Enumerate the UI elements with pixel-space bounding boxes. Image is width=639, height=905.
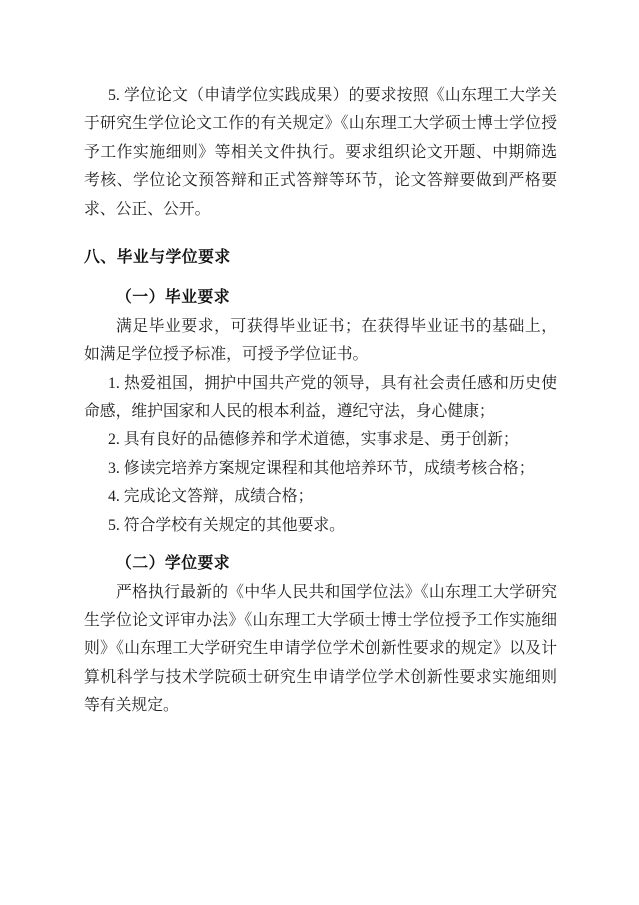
para-thesis-requirement: 5. 学位论文（申请学位实践成果）的要求按照《山东理工大学关于研究生学位论文工作… — [84, 82, 557, 224]
graduation-requirement-item-1: 1. 热爱祖国，拥护中国共产党的领导，具有社会责任感和历史使命感，维护国家和人民… — [84, 370, 557, 427]
heading-graduation-and-degree-requirements: 八、毕业与学位要求 — [84, 244, 557, 272]
graduation-requirement-item-3: 3. 修读完培养方案规定课程和其他培养环节，成绩考核合格； — [84, 455, 557, 483]
graduation-requirement-item-5: 5. 符合学校有关规定的其他要求。 — [84, 512, 557, 540]
para-degree-regulations: 严格执行最新的《中华人民共和国学位法》《山东理工大学研究生学位论文评审办法》《山… — [84, 579, 557, 721]
graduation-requirement-item-4: 4. 完成论文答辩，成绩合格； — [84, 483, 557, 511]
document-page: 5. 学位论文（申请学位实践成果）的要求按照《山东理工大学关于研究生学位论文工作… — [0, 0, 639, 905]
para-graduation-overview: 满足毕业要求，可获得毕业证书；在获得毕业证书的基础上，如满足学位授予标准，可授予… — [84, 313, 557, 370]
subheading-degree-requirements: （二）学位要求 — [84, 550, 557, 578]
subheading-graduation-requirements: （一）毕业要求 — [84, 284, 557, 312]
graduation-requirement-item-2: 2. 具有良好的品德修养和学术道德，实事求是、勇于创新； — [84, 426, 557, 454]
